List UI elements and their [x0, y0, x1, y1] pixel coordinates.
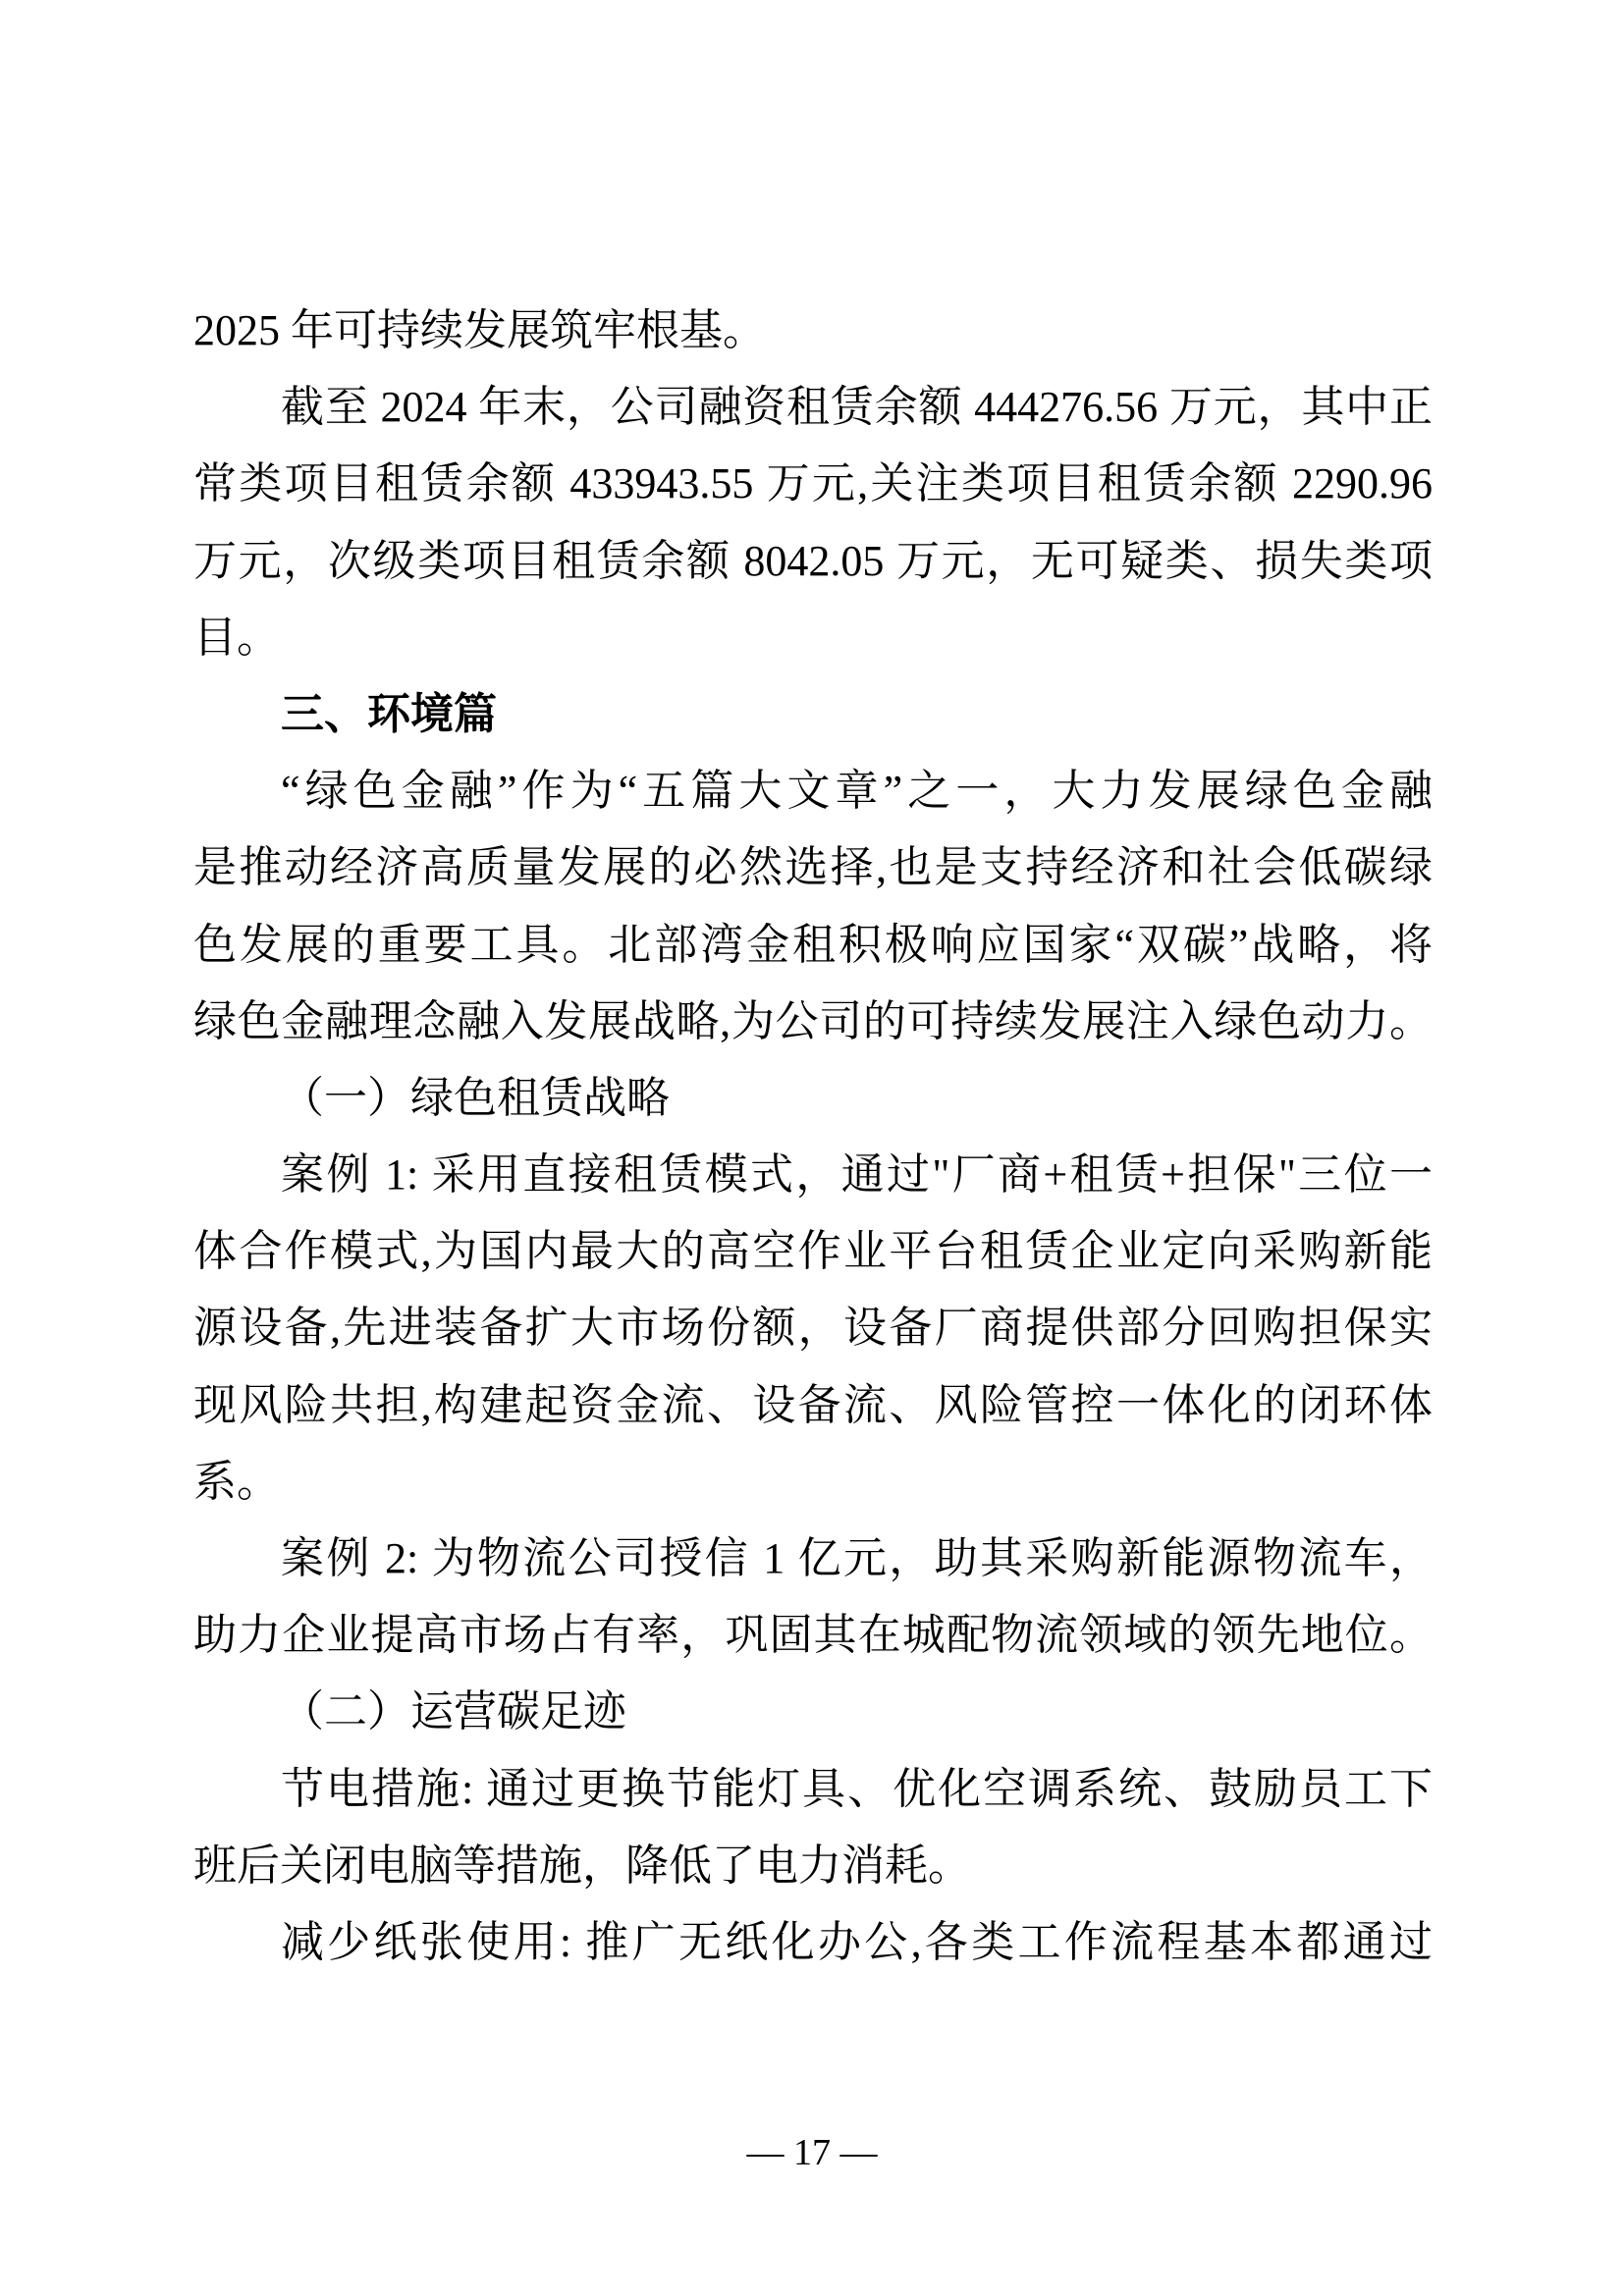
page-number: — 17 — — [0, 2114, 1624, 2191]
paragraph-case1-line-2: 体合作模式,为国内最大的高空作业平台租赁企业定向采购新能 — [193, 1213, 1433, 1290]
paragraph-case1-line-1: 案例 1: 采用直接租赁模式，通过"厂商+租赁+担保"三位一 — [193, 1137, 1433, 1213]
heading-green-leasing-strategy: （一）绿色租赁战略 — [193, 1060, 1433, 1137]
paragraph-financial-summary-line-4: 目。 — [193, 600, 1433, 676]
paragraph-financial-summary-line-3: 万元，次级类项目租赁余额 8042.05 万元，无可疑类、损失类项 — [193, 523, 1433, 600]
paragraph-paper-reduction-line-1: 减少纸张使用: 推广无纸化办公,各类工作流程基本都通过 — [193, 1904, 1433, 1981]
paragraph-case1-line-5: 系。 — [193, 1444, 1433, 1521]
paragraph-green-finance-line-3: 色发展的重要工具。北部湾金租积极响应国家“双碳”战略，将 — [193, 907, 1433, 984]
paragraph-case2-line-2: 助力企业提高市场占有率，巩固其在城配物流领域的领先地位。 — [193, 1597, 1433, 1674]
paragraph-green-finance-line-4: 绿色金融理念融入发展战略,为公司的可持续发展注入绿色动力。 — [193, 984, 1433, 1060]
paragraph-case1-line-3: 源设备,先进装备扩大市场份额，设备厂商提供部分回购担保实 — [193, 1290, 1433, 1366]
heading-environment-chapter: 三、环境篇 — [193, 676, 1433, 753]
paragraph-power-saving-line-2: 班后关闭电脑等措施，降低了电力消耗。 — [193, 1828, 1433, 1904]
paragraph-case1-line-4: 现风险共担,构建起资金流、设备流、风险管控一体化的闭环体 — [193, 1367, 1433, 1444]
paragraph-green-finance-line-1: “绿色金融”作为“五篇大文章”之一，大力发展绿色金融 — [193, 753, 1433, 829]
paragraph-financial-summary-line-1: 截至 2024 年末，公司融资租赁余额 444276.56 万元，其中正 — [193, 369, 1433, 446]
paragraph-power-saving-line-1: 节电措施: 通过更换节能灯具、优化空调系统、鼓励员工下 — [193, 1751, 1433, 1828]
paragraph-green-finance-line-2: 是推动经济高质量发展的必然选择,也是支持经济和社会低碳绿 — [193, 829, 1433, 906]
document-page: 2025 年可持续发展筑牢根基。 截至 2024 年末，公司融资租赁余额 444… — [0, 0, 1624, 2296]
document-body: 2025 年可持续发展筑牢根基。 截至 2024 年末，公司融资租赁余额 444… — [193, 293, 1433, 1981]
heading-operational-carbon-footprint: （二）运营碳足迹 — [193, 1674, 1433, 1750]
paragraph-financial-summary-line-2: 常类项目租赁余额 433943.55 万元,关注类项目租赁余额 2290.96 — [193, 446, 1433, 522]
paragraph-case2-line-1: 案例 2: 为物流公司授信 1 亿元，助其采购新能源物流车， — [193, 1521, 1433, 1597]
paragraph-continuation-line: 2025 年可持续发展筑牢根基。 — [193, 293, 1433, 369]
